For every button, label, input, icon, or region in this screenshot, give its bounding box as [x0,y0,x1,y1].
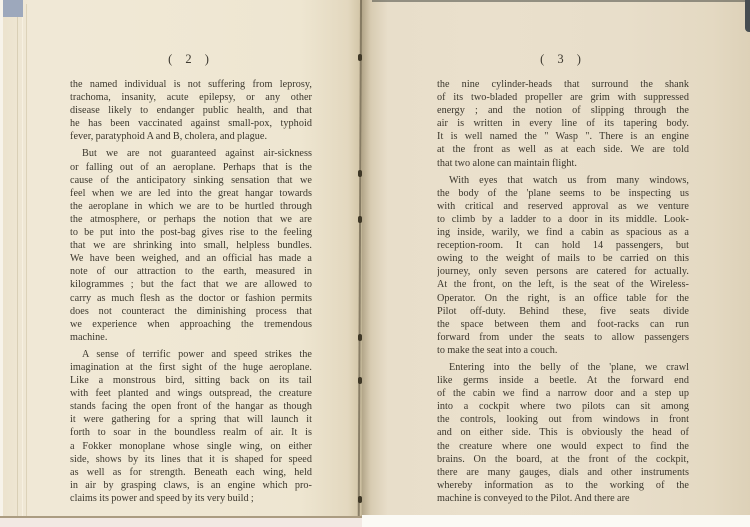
text-line: to make the seat into a couch. [437,344,689,357]
text-line: in air by grasping claws, is an engine w… [70,479,312,492]
text-line: journey, only seven persons are catered … [437,265,689,278]
text-line: forward from under the seats to allow pa… [437,331,689,344]
book-page-right: ( 3 ) the nine cylinder-heads that surro… [437,52,689,505]
text-line: and on either side. This is obviously th… [437,426,689,439]
binding-stitch [358,334,362,341]
text-line: brains. On the board, at the front of th… [437,453,689,466]
binding-stitch [358,54,362,61]
text-line: to climb by a ladder to a door in its mi… [437,213,689,226]
text-line: the named individual is not suffering fr… [70,78,312,91]
text-line: to be put into the post-bag gives rise t… [70,226,312,239]
cover-corner-tab [3,0,23,17]
text-line: we experience when approaching the treme… [70,318,312,331]
text-line: ing inside, warily, we find a cabin as s… [437,226,689,239]
text-line: carry as much flesh as the doctor or fas… [70,292,312,305]
text-line: reception-room. It can hold 14 passenger… [437,239,689,252]
text-line: Pilot off-duty. Behind these, five seats… [437,305,689,318]
text-line: with critical and reserved approval as w… [437,200,689,213]
stacked-page-edge [26,4,27,527]
text-line: the space between them and foot-racks ca… [437,318,689,331]
text-line: machine. [70,331,312,344]
right-page-text: the nine cylinder-heads that surround th… [437,78,689,505]
text-line: at the front as well as at each side. We… [437,143,689,156]
text-line: machine is conveyed to the Pilot. And th… [437,492,689,505]
text-line: It is well named the " Wasp ". There is … [437,130,689,143]
text-line: the aeroplane in which we are to be hurt… [70,200,312,213]
text-line: the nine cylinder-heads that surround th… [437,78,689,91]
binding-stitch [358,170,362,177]
text-line: A sense of terrific power and speed stri… [70,348,312,361]
text-line: that two alone can maintain flight. [437,157,689,170]
text-line: or falling out of an aeroplane. Perhaps … [70,161,312,174]
text-line: forth to soar in the boundless realm of … [70,426,312,439]
text-line: the controls, looking out from windows i… [437,413,689,426]
paragraph: But we are not guaranteed against air-si… [70,147,312,343]
text-line: like germs inside a beetle. At the forwa… [437,374,689,387]
text-line: We have been weighed, and an official ha… [70,252,312,265]
table-surface-right [362,515,750,527]
photo-left-edge [0,0,3,527]
book-page-left: ( 2 ) the named individual is not suffer… [70,52,312,505]
text-line: it were gathering for a spring that will… [70,413,312,426]
text-line: With eyes that watch us from many window… [437,174,689,187]
text-line: with feet planted and wings outspread, t… [70,387,312,400]
paragraph: the nine cylinder-heads that surround th… [437,78,689,170]
text-line: he has been vaccinated against small-pox… [70,117,312,130]
text-line: the body of the 'plane seems to be inspe… [437,187,689,200]
page-number-left: ( 2 ) [70,52,312,67]
text-line: Entering into the belly of the 'plane, w… [437,361,689,374]
text-line: as well as for strength. Beneath each wi… [70,466,312,479]
page-number-right: ( 3 ) [437,52,689,67]
text-line: air is written in every line of its tape… [437,117,689,130]
text-line: side, shows by its lines that it is shap… [70,453,312,466]
text-line: At the front, on the left, is the seat o… [437,278,689,291]
text-line: the creature where one would expect to f… [437,440,689,453]
text-line: But we are not guaranteed against air-si… [70,147,312,160]
binding-stitch [358,496,362,503]
text-line: there are many gauges, dials and other i… [437,466,689,479]
text-line: into a cockpit where two pilots can sit … [437,400,689,413]
text-line: does not counteract the diminishing proc… [70,305,312,318]
binding-stitch [358,216,362,223]
stacked-page-edge [17,0,18,527]
photo-top-edge [372,0,750,2]
table-surface-left [0,516,362,527]
paragraph: the named individual is not suffering fr… [70,78,312,143]
text-line: trachoma, insanity, acute epilepsy, or a… [70,91,312,104]
text-line: energy ; and the notion of slipping thro… [437,104,689,117]
text-line: Like a monstrous bird, sitting back on i… [70,374,312,387]
binding-stitch [358,377,362,384]
text-line: imagination at the first sight of the hu… [70,361,312,374]
text-line: stands facing the open front of the hang… [70,400,312,413]
text-line: fever, paratyphoid A and B, cholera, and… [70,130,312,143]
text-line: that we are shrinking into small, helple… [70,239,312,252]
text-line: note of our attraction to the earth, mea… [70,265,312,278]
text-line: disease likely to endanger public health… [70,104,312,117]
paragraph: Entering into the belly of the 'plane, w… [437,361,689,505]
text-line: of the cabin we find a narrow door and a… [437,387,689,400]
text-line: feel when we are led into the great hang… [70,187,312,200]
paragraph: With eyes that watch us from many window… [437,174,689,357]
paragraph: A sense of terrific power and speed stri… [70,348,312,505]
stacked-page-edge [22,2,23,527]
left-page-text: the named individual is not suffering fr… [70,78,312,505]
text-line: claims its power and speed by its very b… [70,492,312,505]
text-line: Operator. On the right, is an office tab… [437,292,689,305]
text-line: owing to the weight of mails to be carri… [437,252,689,265]
text-line: whereby information as to the working of… [437,479,689,492]
background-corner [745,0,750,32]
text-line: of its two-bladed propeller are grim wit… [437,91,689,104]
text-line: cause of the anticipatory sinking sensat… [70,174,312,187]
text-line: a Fokker monoplane whose single wing, on… [70,440,312,453]
text-line: the atmosphere, or perhaps the notion th… [70,213,312,226]
text-line: kilogrammes ; but the fact that we are a… [70,278,312,291]
